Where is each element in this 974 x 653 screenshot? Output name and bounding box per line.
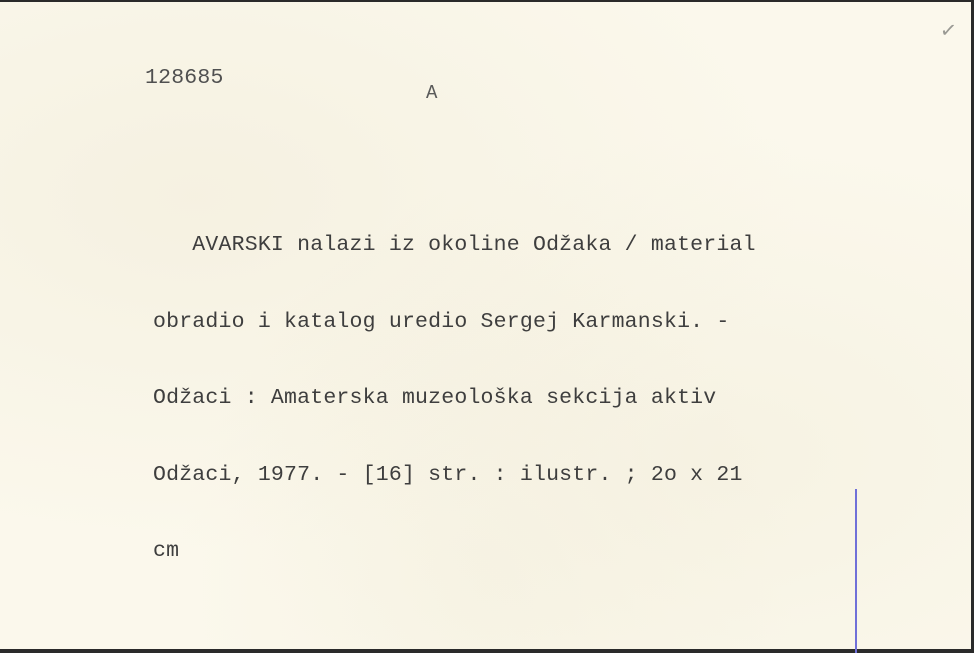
bibliographic-entry: AVARSKI nalazi iz okoline Odžaka / mater… [153,182,756,616]
accession-number: 128685 [145,66,224,90]
entry-line-title: AVARSKI nalazi iz okoline Odžaka / mater… [153,233,756,259]
entry-line-dimensions-unit: cm [153,539,756,565]
entry-line-publication-details: Odžaci, 1977. - [16] str. : ilustr. ; 2o… [153,463,756,489]
check-mark-icon: ✓ [939,17,958,43]
catalog-card: 128685 A AVARSKI nalazi iz okoline Odžak… [0,2,971,649]
entry-line-responsibility: obradio i katalog uredio Sergej Karmansk… [153,310,756,336]
margin-rule-line [855,489,857,653]
filing-letter: A [426,82,438,104]
entry-line-publisher: Odžaci : Amaterska muzeološka sekcija ak… [153,386,756,412]
